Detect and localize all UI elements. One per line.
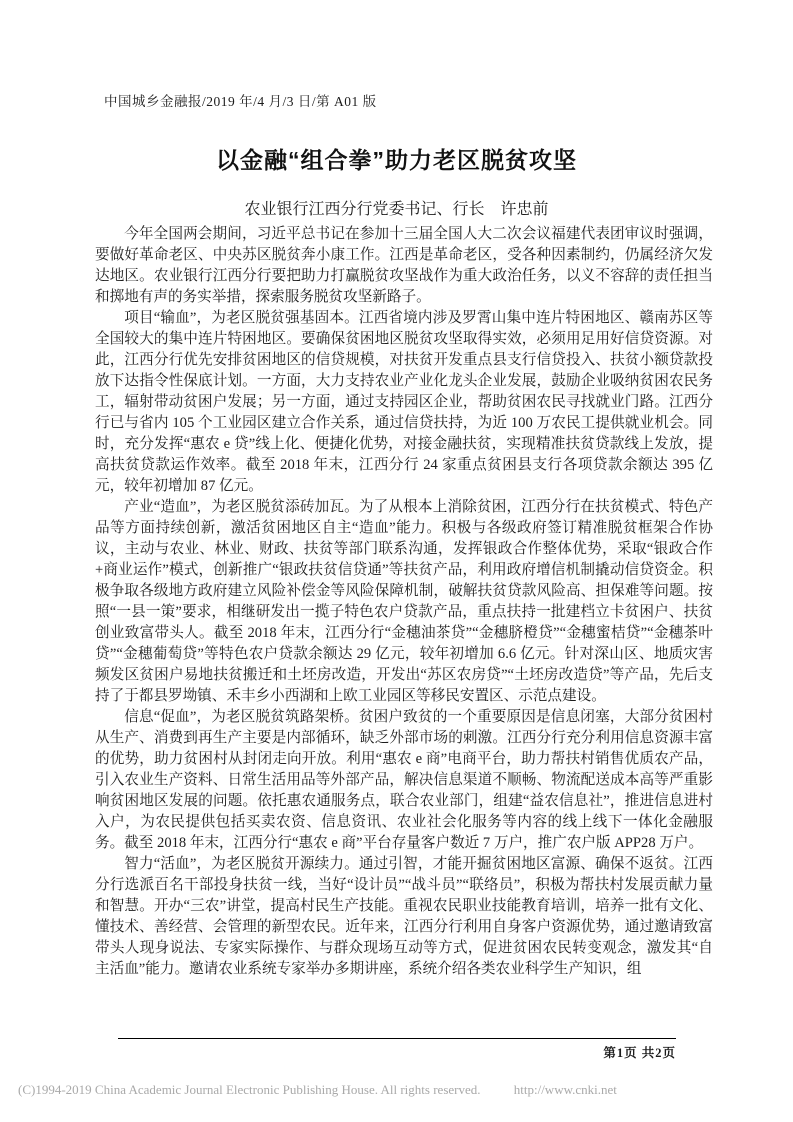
article-byline: 农业银行江西分行党委书记、行长 许忠前 — [0, 196, 793, 219]
publication-masthead: 中国城乡金融报/2019 年/4 月/3 日/第 A01 版 — [104, 90, 377, 110]
paragraph-3: 产业“造血”，为老区脱贫添砖加瓦。为了从根本上消除贫困，江西分行在扶贫模式、特色… — [95, 497, 713, 707]
paragraph-1: 今年全国两会期间，习近平总书记在参加十三届全国人大二次会议福建代表团审议时强调，… — [95, 224, 713, 308]
paragraph-5: 智力“活血”，为老区脱贫开源续力。通过引智，才能开掘贫困地区富源、确保不返贫。江… — [95, 854, 713, 980]
document-page: 中国城乡金融报/2019 年/4 月/3 日/第 A01 版 以金融“组合拳”助… — [0, 0, 793, 1122]
copyright-notice: (C)1994-2019 China Academic Journal Elec… — [18, 1082, 617, 1098]
cnki-url: http://www.cnki.net — [514, 1082, 617, 1097]
paragraph-2: 项目“输血”，为老区脱贫强基固本。江西省境内涉及罗霄山集中连片特困地区、赣南苏区… — [95, 308, 713, 497]
footer-divider — [118, 1038, 676, 1039]
paragraph-4: 信息“促血”，为老区脱贫筑路架桥。贫困户致贫的一个重要原因是信息闭塞，大部分贫困… — [95, 707, 713, 854]
copyright-text: (C)1994-2019 China Academic Journal Elec… — [18, 1082, 481, 1097]
article-title: 以金融“组合拳”助力老区脱贫攻坚 — [0, 142, 793, 175]
article-body: 今年全国两会期间，习近平总书记在参加十三届全国人大二次会议福建代表团审议时强调，… — [95, 224, 713, 980]
page-indicator: 第1页 共2页 — [118, 1043, 676, 1061]
